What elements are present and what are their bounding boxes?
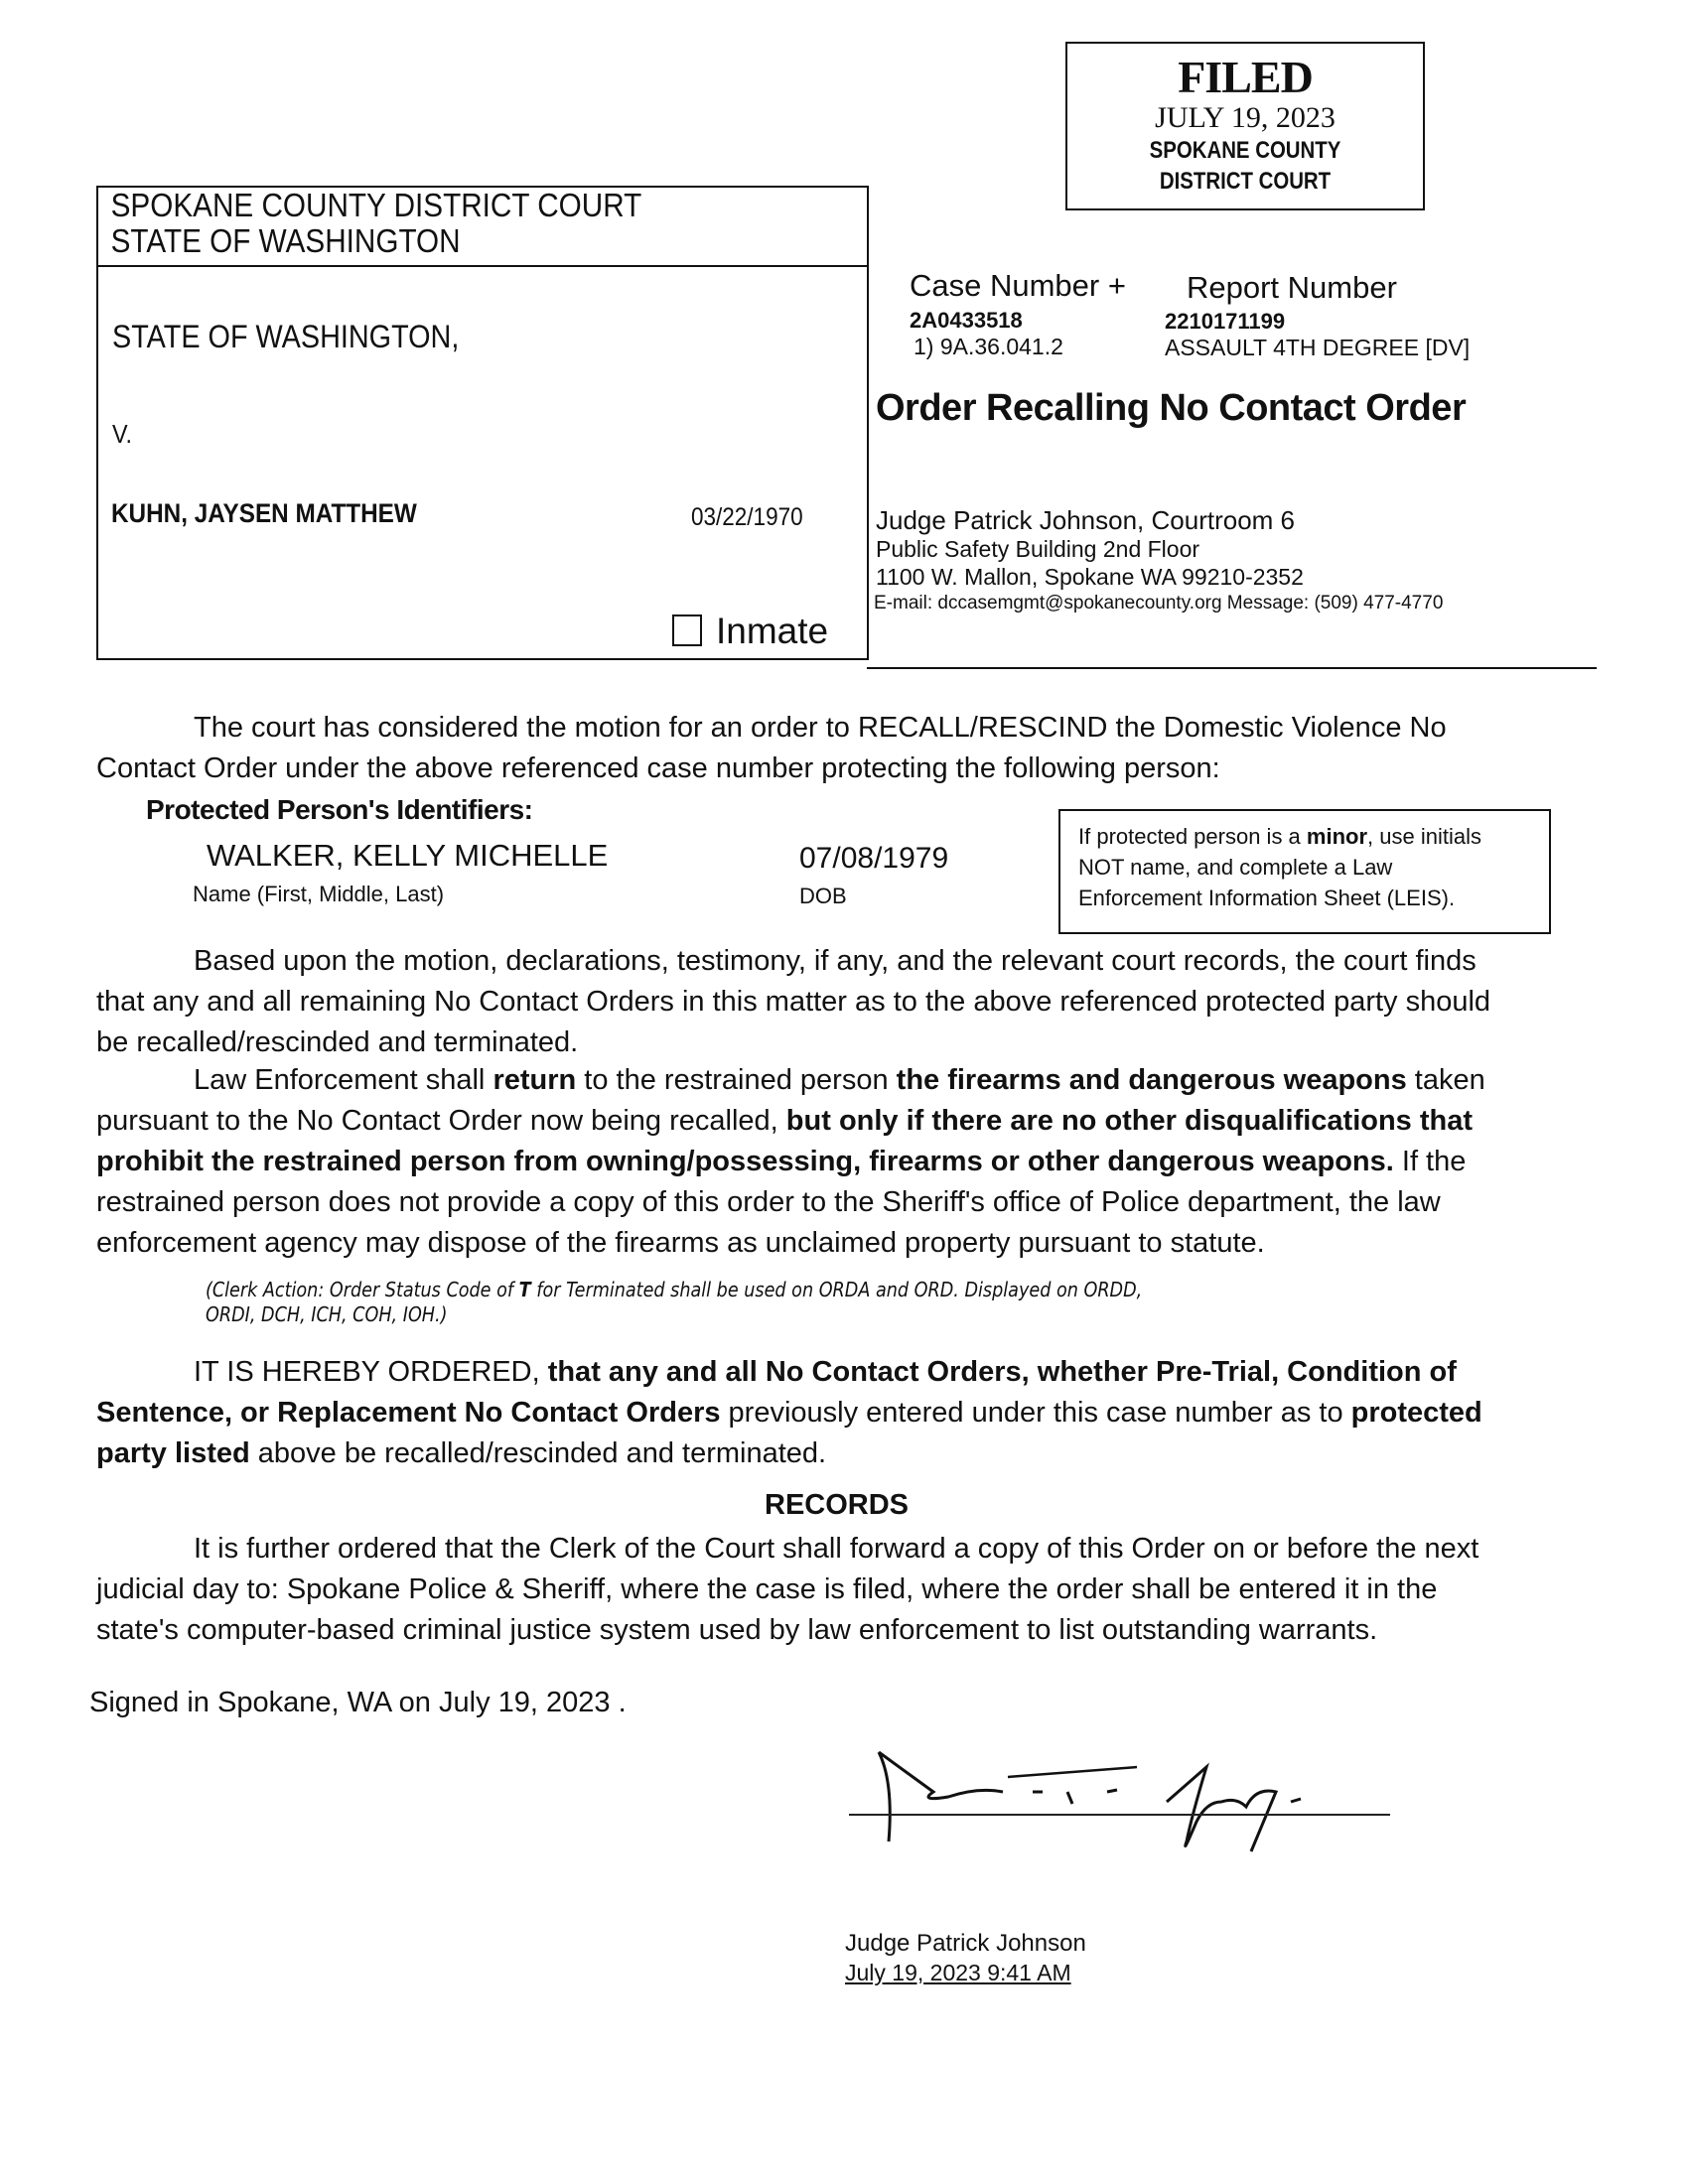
name-label: Name (First, Middle, Last): [193, 882, 444, 907]
court-address: 1100 W. Mallon, Spokane WA 99210-2352: [876, 564, 1304, 591]
court-state: STATE OF WASHINGTON: [98, 223, 790, 259]
court-header: SPOKANE COUNTY DISTRICT COURT STATE OF W…: [98, 188, 867, 267]
dob-label: DOB: [799, 884, 847, 909]
case-number-label: Case Number +: [910, 268, 1126, 304]
plaintiff: STATE OF WASHINGTON,: [112, 319, 459, 355]
checkbox-icon[interactable]: [672, 614, 702, 646]
stamp-court-line2: DISTRICT COURT: [1094, 166, 1396, 197]
filed-stamp: FILED JULY 19, 2023 SPOKANE COUNTY DISTR…: [1065, 42, 1425, 210]
intro-paragraph: The court has considered the motion for …: [96, 708, 1447, 789]
records-paragraph: It is further ordered that the Clerk of …: [96, 1529, 1478, 1651]
minor-instruction-box: If protected person is a minor, use init…: [1058, 809, 1551, 934]
header-divider: [867, 667, 1597, 669]
records-heading: RECORDS: [765, 1489, 909, 1522]
page-title: Order Recalling No Contact Order: [876, 387, 1466, 430]
court-contact: E-mail: dccasemgmt@spokanecounty.org Mes…: [874, 593, 1443, 614]
stamp-status: FILED: [1067, 54, 1423, 101]
order-paragraph: IT IS HEREBY ORDERED, that any and all N…: [96, 1352, 1482, 1474]
protected-person-dob: 07/08/1979: [799, 842, 948, 876]
defendant-dob: 03/22/1970: [691, 503, 803, 532]
report-number-label: Report Number: [1187, 270, 1397, 306]
case-caption-box: SPOKANE COUNTY DISTRICT COURT STATE OF W…: [96, 186, 869, 660]
court-building: Public Safety Building 2nd Floor: [876, 536, 1199, 563]
versus: V.: [112, 419, 132, 450]
judge-courtroom: Judge Patrick Johnson, Courtroom 6: [876, 505, 1295, 536]
case-number: 2A0433518: [910, 308, 1023, 334]
signature-timestamp: July 19, 2023 9:41 AM: [845, 1960, 1071, 1986]
defendant-name: KUHN, JAYSEN MATTHEW: [111, 498, 417, 529]
stamp-date: JULY 19, 2023: [1067, 101, 1423, 135]
clerk-action-note: (Clerk Action: Order Status Code of T fo…: [206, 1278, 1142, 1327]
signer-name: Judge Patrick Johnson: [845, 1930, 1086, 1958]
firearms-paragraph: Law Enforcement shall return to the rest…: [96, 1060, 1485, 1264]
court-name: SPOKANE COUNTY DISTRICT COURT: [98, 188, 790, 223]
protected-person-heading: Protected Person's Identifiers:: [146, 794, 533, 826]
inmate-checkbox[interactable]: Inmate: [672, 611, 828, 652]
signature-line: [849, 1814, 1390, 1816]
judge-signature: [849, 1732, 1405, 1861]
report-number: 2210171199: [1165, 309, 1285, 335]
charge: ASSAULT 4TH DEGREE [DV]: [1165, 335, 1470, 361]
findings-paragraph: Based upon the motion, declarations, tes…: [96, 941, 1490, 1063]
stamp-court-line1: SPOKANE COUNTY: [1094, 135, 1396, 166]
statute: 1) 9A.36.041.2: [914, 334, 1063, 360]
protected-person-name: WALKER, KELLY MICHELLE: [207, 838, 608, 874]
signed-location-date: Signed in Spokane, WA on July 19, 2023 .: [89, 1683, 627, 1723]
inmate-label: Inmate: [716, 611, 828, 651]
